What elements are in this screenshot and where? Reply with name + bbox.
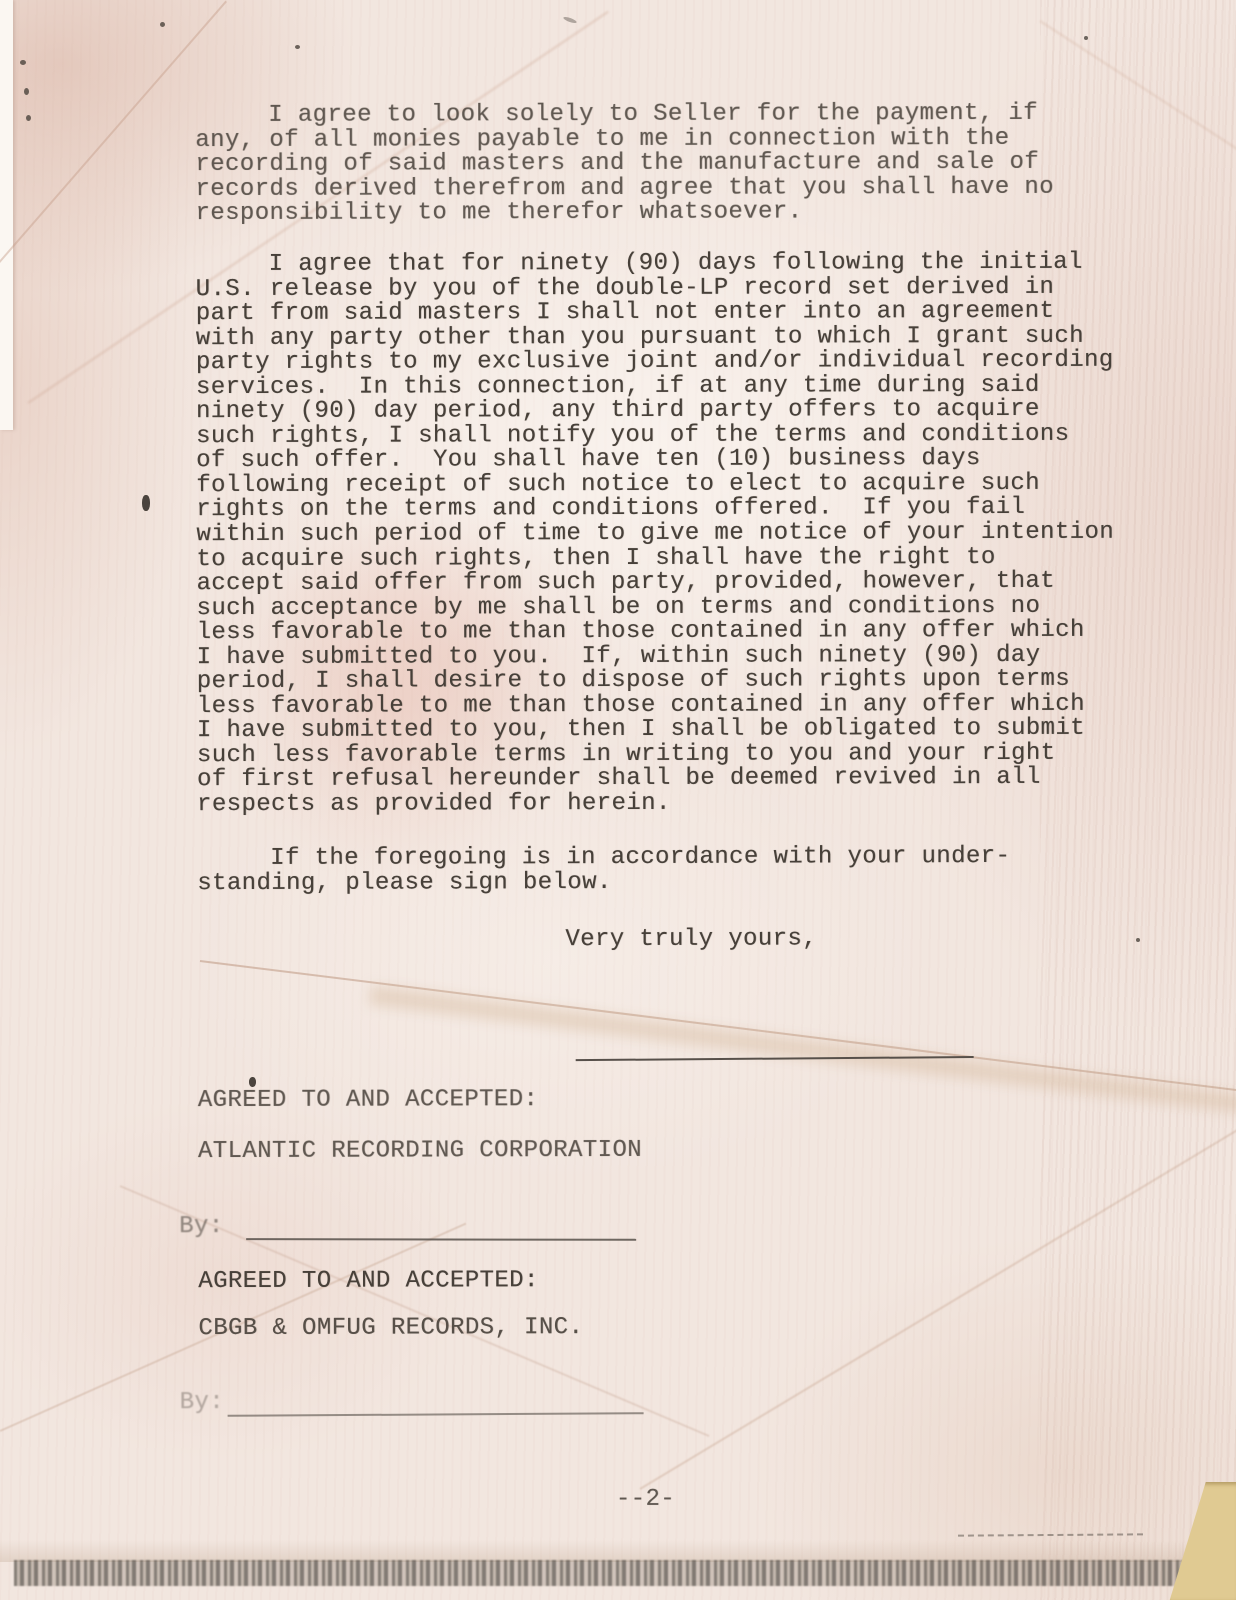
letter-text-layer: I agree to look solely to Seller for the… [0,0,1236,1600]
text-line: If the foregoing is in accordance with y… [197,845,1010,872]
agreed-heading-atlantic: AGREED TO AND ACCEPTED: [198,1088,539,1113]
agreed-heading-cbgb: AGREED TO AND ACCEPTED: [198,1269,539,1294]
closing-salutation: Very truly yours, [565,927,817,952]
text-line: standing, please sign below. [197,870,1010,897]
paragraph-payment: I agree to look solely to Seller for the… [195,102,1054,227]
signature-line-artist [576,1056,974,1061]
company-name-atlantic: ATLANTIC RECORDING CORPORATION [198,1139,642,1165]
by-label-atlantic: By: [179,1215,223,1240]
scanned-letter-page: I agree to look solely to Seller for the… [0,0,1236,1600]
signature-line-cbgb [228,1412,644,1416]
by-label-cbgb: By: [180,1391,224,1416]
paragraph-right-of-first-refusal: I agree that for ninety (90) days follow… [196,251,1115,818]
company-name-cbgb: CBGB & OMFUG RECORDS, INC. [198,1316,583,1342]
text-line: responsibility to me therefor whatsoever… [195,200,1054,227]
paragraph-sign-below: If the foregoing is in accordance with y… [197,845,1010,896]
text-line: respects as provided for herein. [197,791,1115,818]
page-number: --2- [616,1486,675,1513]
signature-line-atlantic [246,1238,636,1241]
